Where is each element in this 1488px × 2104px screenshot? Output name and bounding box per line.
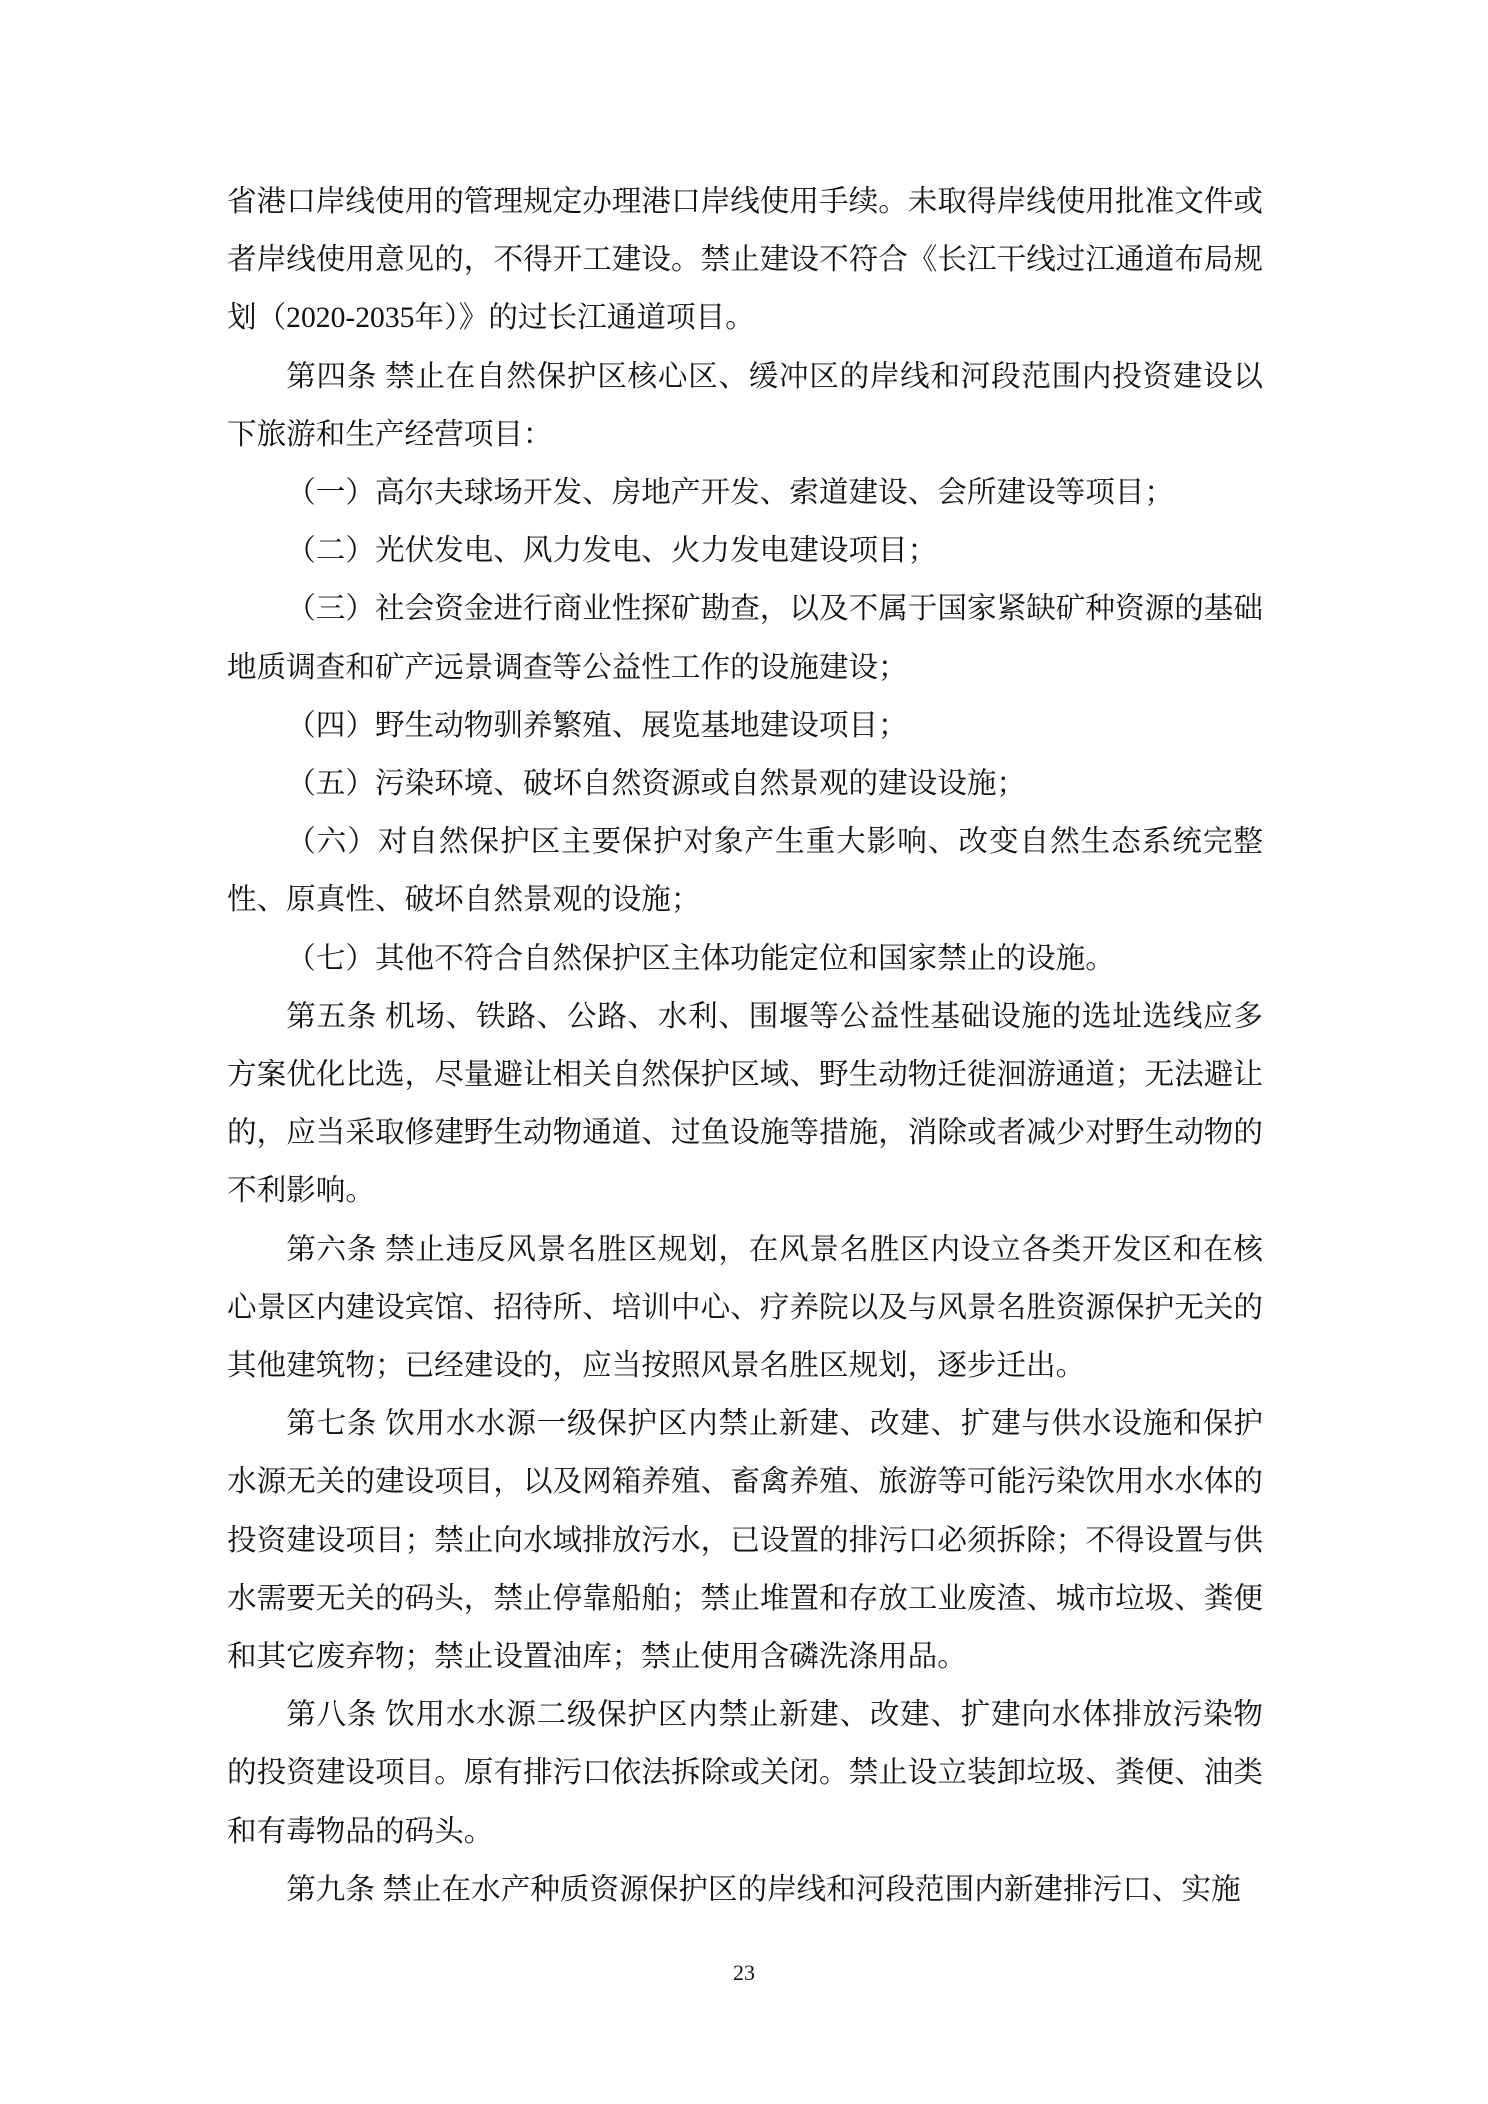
list-item-2: （二）光伏发电、风力发电、火力发电建设项目； (227, 522, 1263, 580)
article-4: 第四条 禁止在自然保护区核心区、缓冲区的岸线和河段范围内投资建设以下旅游和生产经… (227, 348, 1263, 464)
article-9: 第九条 禁止在水产种质资源保护区的岸线和河段范围内新建排污口、实施 (227, 1861, 1263, 1919)
paragraph-continuation: 省港口岸线使用的管理规定办理港口岸线使用手续。未取得岸线使用批准文件或者岸线使用… (227, 173, 1263, 348)
article-5: 第五条 机场、铁路、公路、水利、围堰等公益性基础设施的选址选线应多方案优化比选，… (227, 988, 1263, 1221)
list-item-5: （五）污染环境、破坏自然资源或自然景观的建设设施； (227, 755, 1263, 813)
page-number: 23 (0, 1958, 1488, 1988)
list-item-1: （一）高尔夫球场开发、房地产开发、索道建设、会所建设等项目； (227, 464, 1263, 522)
list-item-7: （七）其他不符合自然保护区主体功能定位和国家禁止的设施。 (227, 930, 1263, 988)
list-item-4: （四）野生动物驯养繁殖、展览基地建设项目； (227, 697, 1263, 755)
article-6: 第六条 禁止违反风景名胜区规划，在风景名胜区内设立各类开发区和在核心景区内建设宾… (227, 1221, 1263, 1396)
list-item-3: （三）社会资金进行商业性探矿勘查，以及不属于国家紧缺矿种资源的基础地质调查和矿产… (227, 580, 1263, 696)
document-body: 省港口岸线使用的管理规定办理港口岸线使用手续。未取得岸线使用批准文件或者岸线使用… (227, 173, 1263, 1919)
list-item-6: （六）对自然保护区主要保护对象产生重大影响、改变自然生态系统完整性、原真性、破坏… (227, 813, 1263, 929)
article-7: 第七条 饮用水水源一级保护区内禁止新建、改建、扩建与供水设施和保护水源无关的建设… (227, 1395, 1263, 1686)
article-8: 第八条 饮用水水源二级保护区内禁止新建、改建、扩建向水体排放污染物的投资建设项目… (227, 1686, 1263, 1861)
